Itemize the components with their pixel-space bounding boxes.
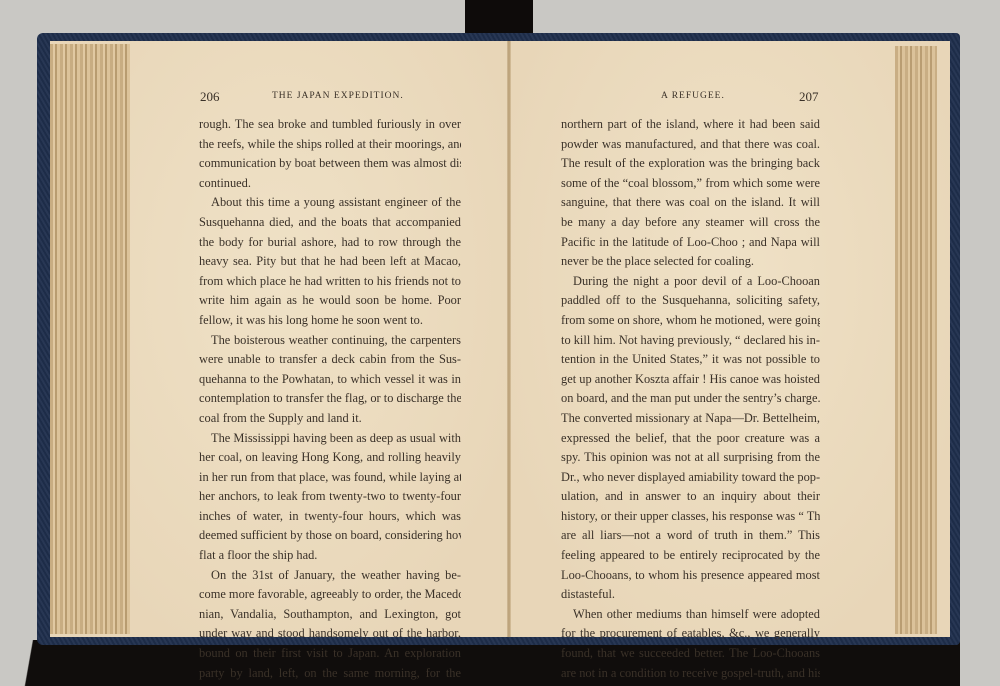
text-line: fellow, it was his long home he soon wen… bbox=[199, 311, 461, 331]
text-line: to kill him. Not having previously, “ de… bbox=[561, 331, 820, 351]
text-line: her coal, on leaving Hong Kong, and roll… bbox=[199, 448, 461, 468]
text-line: quehanna to the Powhatan, to which vesse… bbox=[199, 370, 461, 390]
text-line: history, or their upper classes, his res… bbox=[561, 507, 820, 527]
book-gutter bbox=[507, 41, 511, 637]
text-line: feeling appeared to be entirely reciproc… bbox=[561, 546, 820, 566]
text-line: coal from the Supply and land it. bbox=[199, 409, 461, 429]
text-line: from some on shore, whom he motioned, we… bbox=[561, 311, 820, 331]
text-line: in her run from that place, was found, w… bbox=[199, 468, 461, 488]
text-line: expressed the belief, that the poor crea… bbox=[561, 429, 820, 449]
text-line: flat a floor the ship had. bbox=[199, 546, 461, 566]
text-line: be many a day before any steamer will cr… bbox=[561, 213, 820, 233]
text-line: spy. This opinion was not at all surpris… bbox=[561, 448, 820, 468]
left-page-edges bbox=[50, 44, 130, 634]
text-line: The converted missionary at Napa—Dr. Bet… bbox=[561, 409, 820, 429]
text-line: found, that we succeeded better. The Loo… bbox=[561, 644, 820, 664]
text-line: write him again as he would soon be home… bbox=[199, 291, 461, 311]
page-number-left: 206 bbox=[200, 89, 220, 105]
text-line: paddled off to the Susquehanna, soliciti… bbox=[561, 291, 820, 311]
text-line: On the 31st of January, the weather havi… bbox=[199, 566, 461, 586]
text-line: are not in a condition to receive gospel… bbox=[561, 664, 820, 684]
text-line: The result of the exploration was the br… bbox=[561, 154, 820, 174]
text-line: the reefs, while the ships rolled at the… bbox=[199, 135, 461, 155]
text-line: During the night a poor devil of a Loo-C… bbox=[561, 272, 820, 292]
text-line: tention in the United States,” it was no… bbox=[561, 350, 820, 370]
text-line: powder was manufactured, and that there … bbox=[561, 135, 820, 155]
text-line: deemed sufficient by those on board, con… bbox=[199, 526, 461, 546]
text-line: distasteful. bbox=[561, 585, 820, 605]
text-line: heavy sea. Pity but that he had been lef… bbox=[199, 252, 461, 272]
text-line: come more favorable, agreeably to order,… bbox=[199, 585, 461, 605]
text-line: Susquehanna died, and the boats that acc… bbox=[199, 213, 461, 233]
text-line: get up another Koszta affair ! His canoe… bbox=[561, 370, 820, 390]
text-line: contemplation to transfer the flag, or t… bbox=[199, 389, 461, 409]
text-line: for the procurement of eatables, &c., we… bbox=[561, 624, 820, 644]
text-line: on board, and the man put under the sent… bbox=[561, 389, 820, 409]
text-line: Pacific in the latitude of Loo-Choo ; an… bbox=[561, 233, 820, 253]
text-line: Dr., who never displayed amiability towa… bbox=[561, 468, 820, 488]
right-page-body: northern part of the island, where it ha… bbox=[561, 115, 820, 683]
text-line: About this time a young assistant engine… bbox=[199, 193, 461, 213]
text-line: The boisterous weather continuing, the c… bbox=[199, 331, 461, 351]
text-line: The Mississippi having been as deep as u… bbox=[199, 429, 461, 449]
text-line: her anchors, to leak from twenty-two to … bbox=[199, 487, 461, 507]
text-line: rough. The sea broke and tumbled furious… bbox=[199, 115, 461, 135]
text-line: under way and stood handsomely out of th… bbox=[199, 624, 461, 644]
text-line: were unable to transfer a deck cabin fro… bbox=[199, 350, 461, 370]
text-line: continued. bbox=[199, 174, 461, 194]
text-line: party by land, left, on the same morning… bbox=[199, 664, 461, 684]
page-number-right: 207 bbox=[799, 89, 819, 105]
text-line: are all liars—not a word of truth in the… bbox=[561, 526, 820, 546]
text-line: communication by boat between them was a… bbox=[199, 154, 461, 174]
running-head-right: A REFUGEE. bbox=[661, 91, 725, 101]
text-line: sanguine, that there was coal on the isl… bbox=[561, 193, 820, 213]
text-line: some of the “coal blossom,” from which s… bbox=[561, 174, 820, 194]
text-line: Loo-Chooans, to whom his presence appear… bbox=[561, 566, 820, 586]
left-page-body: rough. The sea broke and tumbled furious… bbox=[199, 115, 461, 683]
text-line: bound on their first visit to Japan. An … bbox=[199, 644, 461, 664]
text-line: nian, Vandalia, Southampton, and Lexingt… bbox=[199, 605, 461, 625]
right-page-edges bbox=[895, 46, 937, 634]
running-head-left: THE JAPAN EXPEDITION. bbox=[272, 91, 404, 101]
text-line: ulation, and in answer to an inquiry abo… bbox=[561, 487, 820, 507]
text-line: from which place he had written to his f… bbox=[199, 272, 461, 292]
text-line: inches of water, in twenty-four hours, w… bbox=[199, 507, 461, 527]
text-line: never be the place selected for coaling. bbox=[561, 252, 820, 272]
text-line: When other mediums than himself were ado… bbox=[561, 605, 820, 625]
text-line: the body for burial ashore, had to row t… bbox=[199, 233, 461, 253]
text-line: northern part of the island, where it ha… bbox=[561, 115, 820, 135]
